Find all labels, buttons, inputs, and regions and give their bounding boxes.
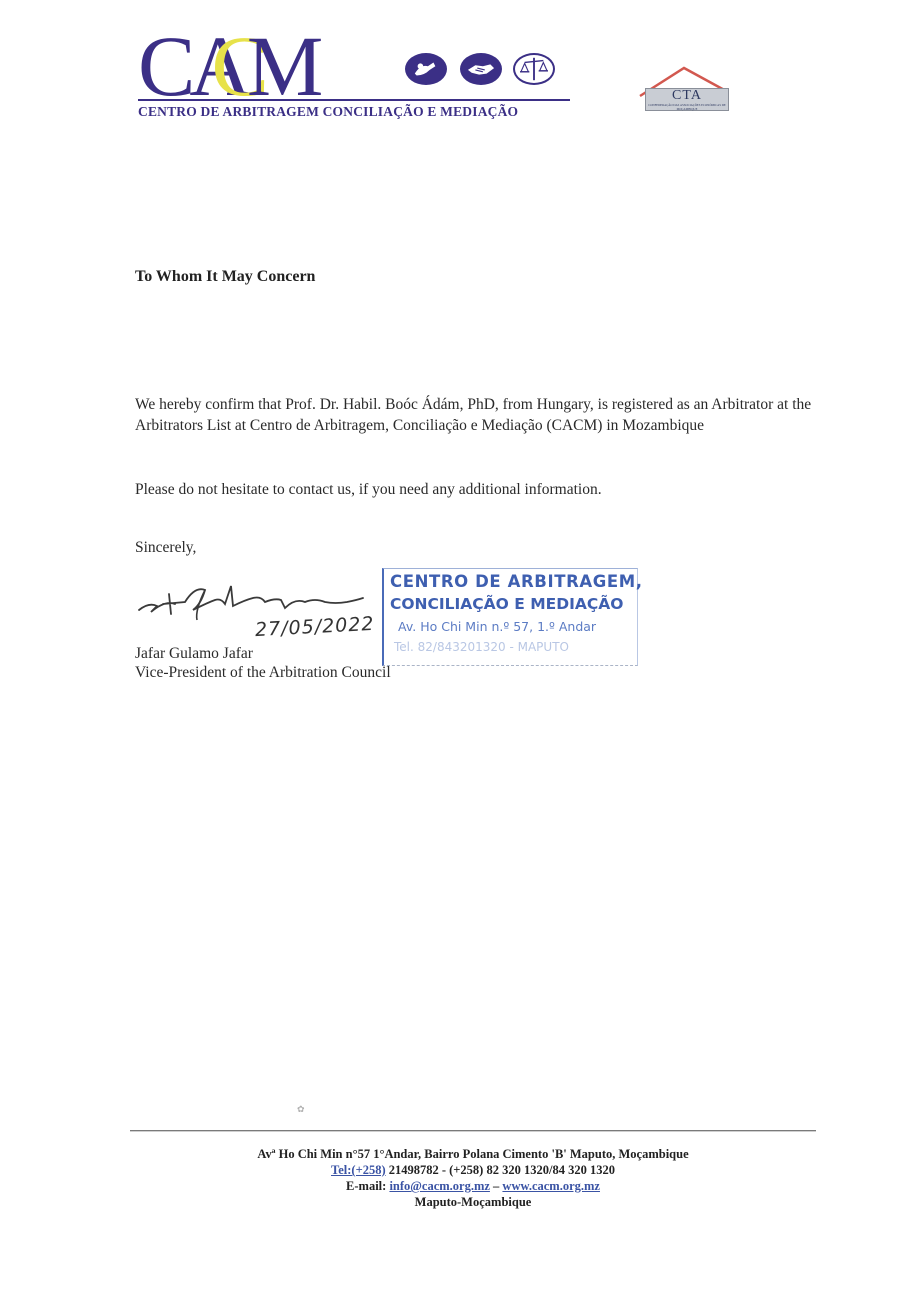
handshake-icon bbox=[460, 53, 502, 85]
footer-contact: E-mail: info@cacm.org.mz – www.cacm.org.… bbox=[130, 1178, 816, 1194]
stamp-line-3: Av. Ho Chi Min n.º 57, 1.º Andar bbox=[398, 619, 596, 634]
email-label: E-mail: bbox=[346, 1179, 389, 1193]
stamp-line-4: Tel. 82/843201320 - MAPUTO bbox=[394, 640, 569, 654]
scan-artifact: ✿ bbox=[297, 1104, 305, 1115]
stamp-line-1: CENTRO DE ARBITRAGEM, bbox=[390, 572, 643, 591]
stamp-line-2: CONCILIAÇÃO E MEDIAÇÃO bbox=[390, 595, 623, 613]
arbitration-hand-icon bbox=[405, 53, 447, 85]
footer-phone: Tel:(+258) 21498782 - (+258) 82 320 1320… bbox=[130, 1162, 816, 1178]
official-stamp: CENTRO DE ARBITRAGEM, CONCILIAÇÃO E MEDI… bbox=[382, 568, 638, 666]
phone-link[interactable]: Tel:(+258) bbox=[331, 1163, 386, 1177]
signer-name: Jafar Gulamo Jafar bbox=[135, 645, 253, 663]
salutation: To Whom It May Concern bbox=[135, 268, 315, 286]
phone-numbers: 21498782 - (+258) 82 320 1320/84 320 132… bbox=[386, 1163, 615, 1177]
logo-divider bbox=[138, 99, 570, 101]
footer-city: Maputo-Moçambique bbox=[130, 1194, 816, 1210]
cta-logo-subtitle: CONFEDERAÇÃO DAS ASSOCIAÇÕES ECONÓMICAS … bbox=[646, 103, 728, 111]
footer-divider bbox=[130, 1130, 816, 1132]
logo-tagline: CENTRO DE ARBITRAGEM CONCILIAÇÃO E MEDIA… bbox=[138, 104, 518, 120]
contact-paragraph: Please do not hesitate to contact us, if… bbox=[135, 481, 602, 499]
contact-separator: – bbox=[490, 1179, 503, 1193]
confirmation-paragraph: We hereby confirm that Prof. Dr. Habil. … bbox=[135, 394, 835, 436]
website-link[interactable]: www.cacm.org.mz bbox=[502, 1179, 600, 1193]
footer: Avª Ho Chi Min n°57 1°Andar, Bairro Pola… bbox=[130, 1146, 816, 1210]
signer-title: Vice-President of the Arbitration Counci… bbox=[135, 664, 391, 682]
email-link[interactable]: info@cacm.org.mz bbox=[389, 1179, 489, 1193]
scales-of-justice-icon bbox=[513, 53, 555, 85]
cta-logo: CTA CONFEDERAÇÃO DAS ASSOCIAÇÕES ECONÓMI… bbox=[645, 88, 729, 111]
cta-logo-text: CTA bbox=[646, 89, 728, 103]
closing: Sincerely, bbox=[135, 539, 196, 557]
footer-address: Avª Ho Chi Min n°57 1°Andar, Bairro Pola… bbox=[130, 1146, 816, 1162]
cacm-logo: CACM bbox=[138, 26, 317, 106]
